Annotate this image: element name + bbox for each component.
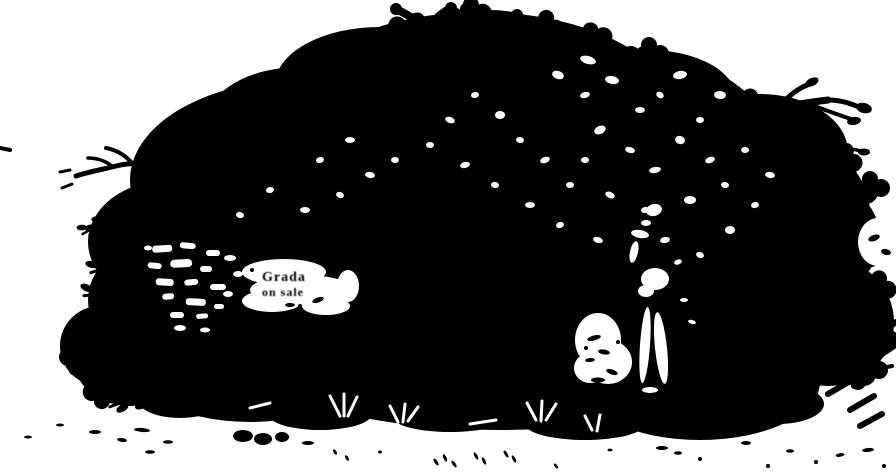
sign-inscription-line1: Grada [262, 270, 306, 285]
engraving-canvas: Grada on sale [0, 0, 896, 476]
engraving-illustration: Grada on sale [0, 0, 896, 476]
sign-inscription-line2: on sale [262, 285, 304, 299]
